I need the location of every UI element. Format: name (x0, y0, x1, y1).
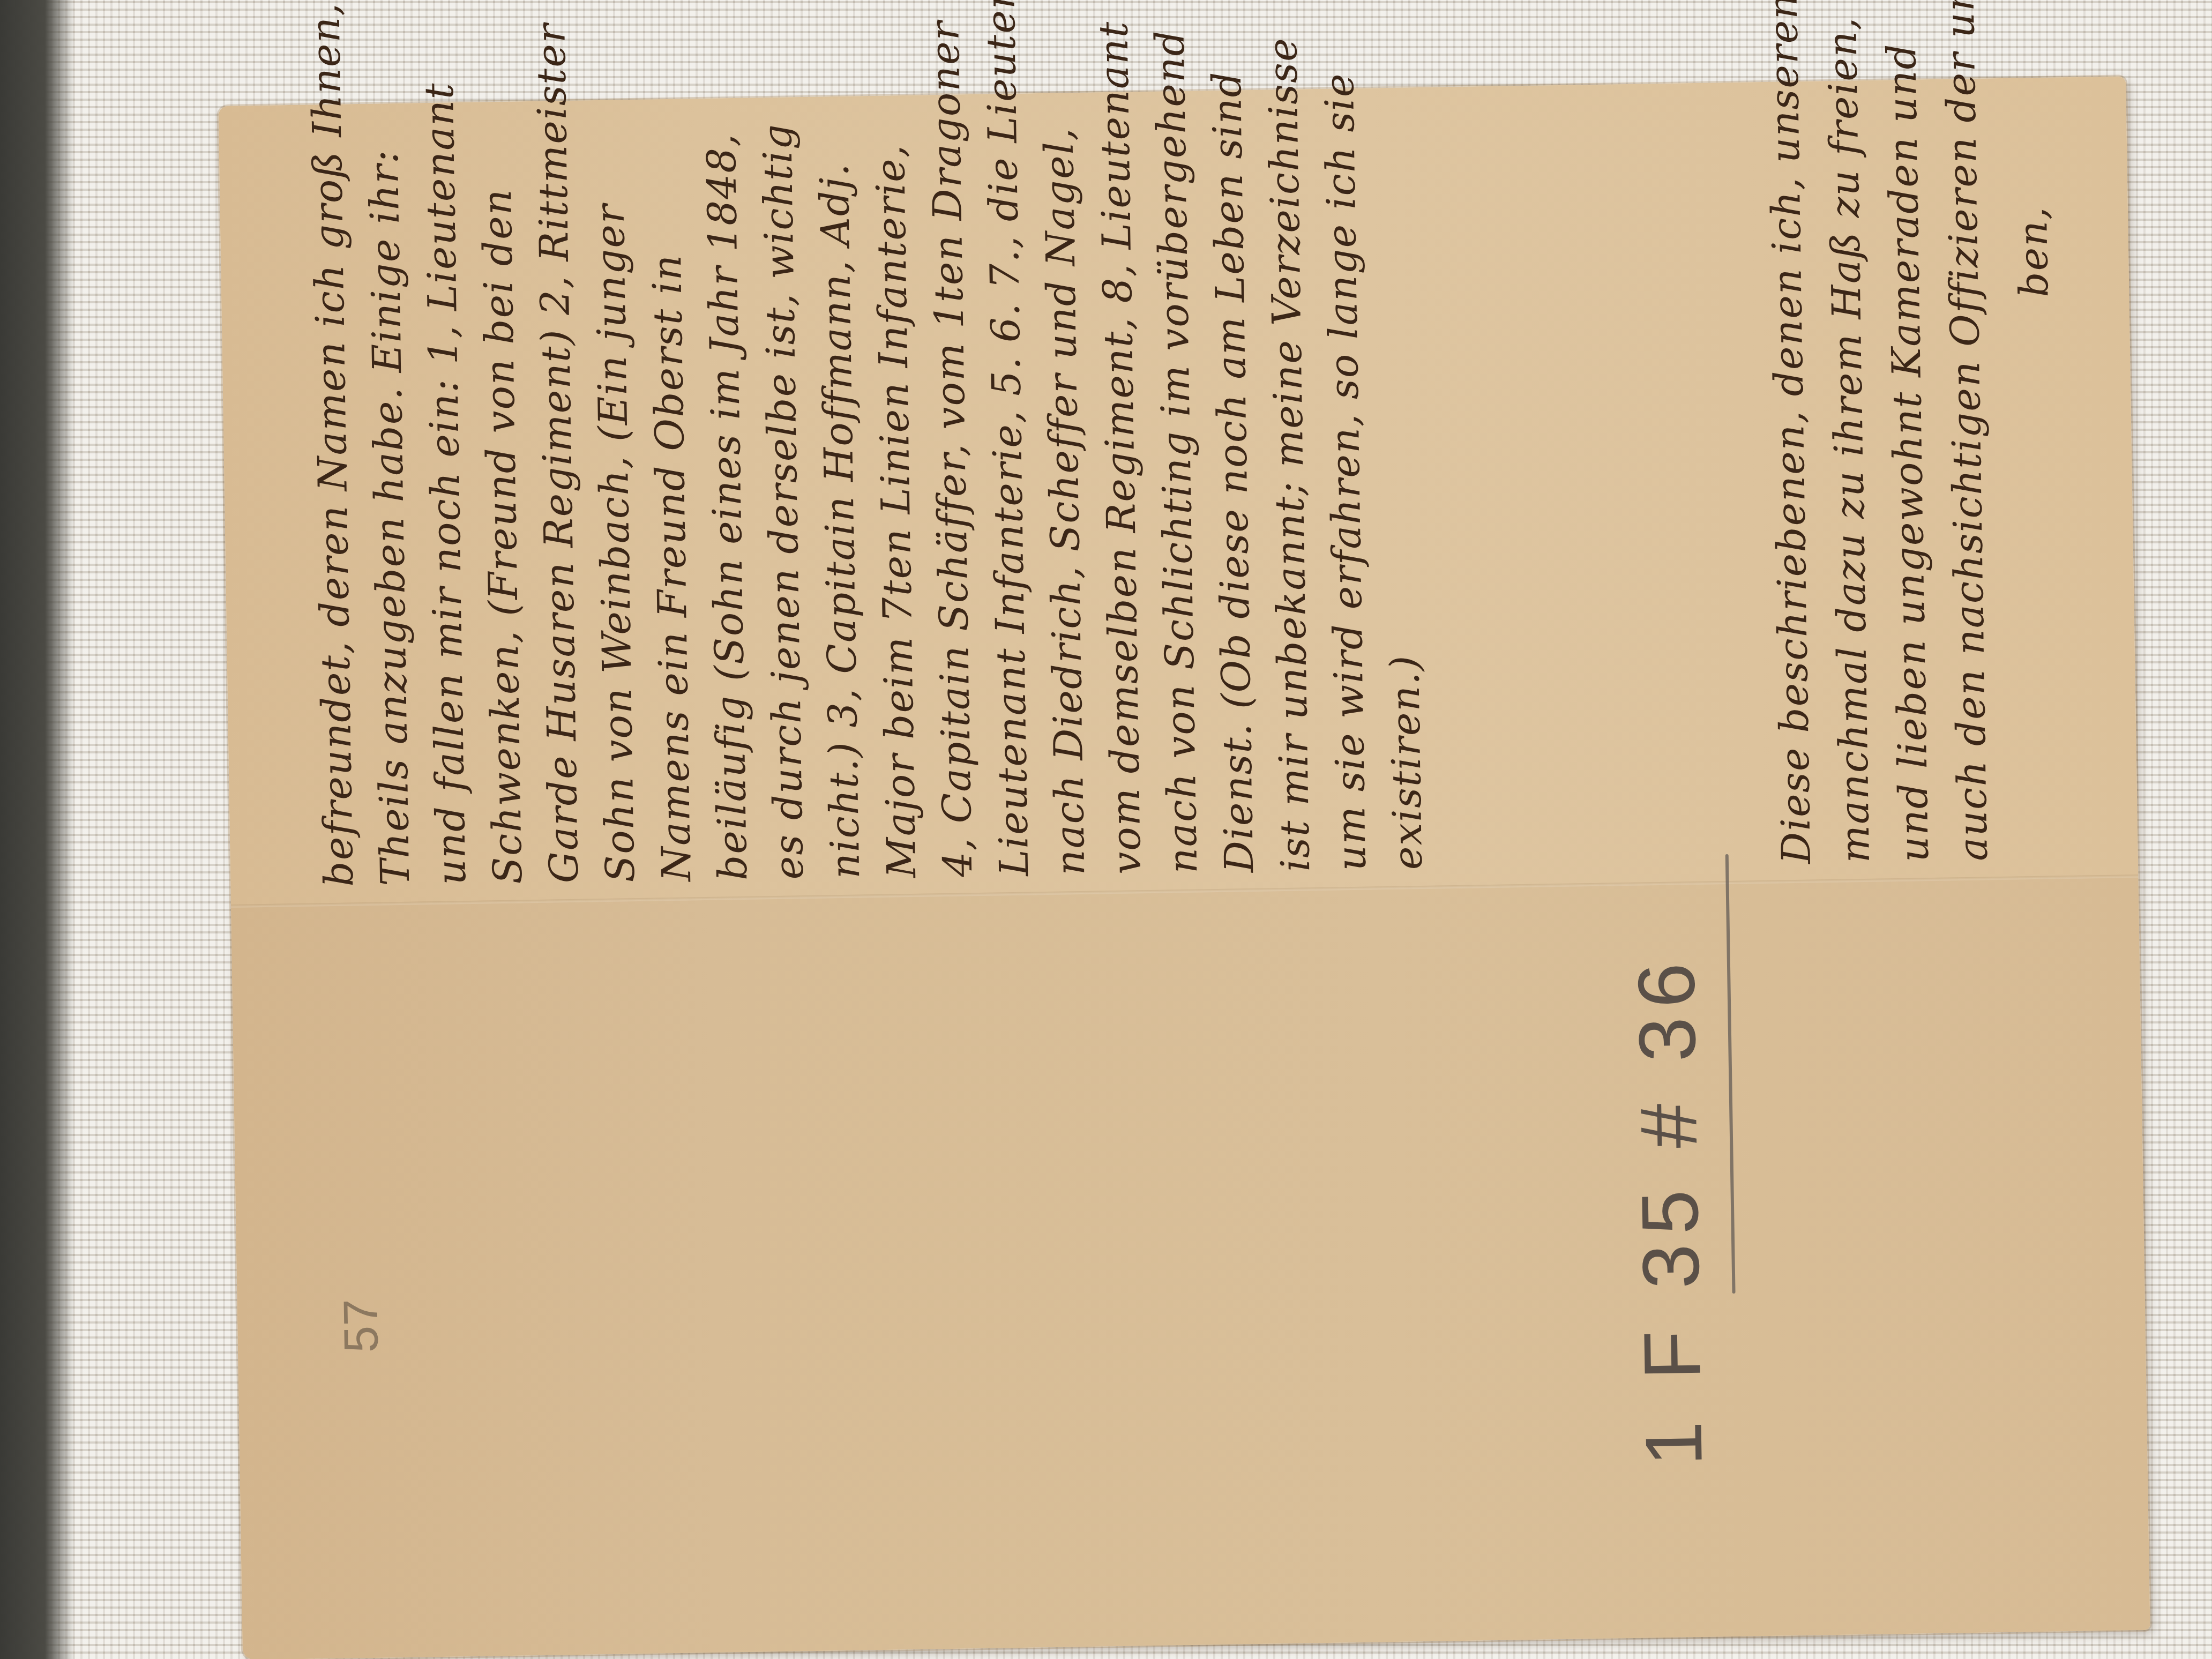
text-line: Lieutenant Infanterie, 5. 6. 7., die Lie… (976, 0, 1037, 877)
text-line: es durch jenen derselbe ist, wichtig (754, 123, 812, 880)
page-number: 57 (333, 1298, 390, 1353)
dark-table-edge (0, 0, 75, 1659)
text-line: ist mir unbekannt; meine Verzeichnisse (1260, 37, 1319, 872)
text-line: vom demselben Regiment, 8, Lieutenant (1090, 20, 1150, 875)
lower-page-half (231, 877, 2150, 1659)
text-line: nach Diedrich, Scheffer und Nagel, (1036, 127, 1094, 876)
text-line: Dienst. (Ob diese noch am Leben sind (1204, 71, 1262, 873)
text-line: nach von Schlichting im vorübergehend (1147, 29, 1206, 873)
text-line: Major beim 7ten Linien Infanterie, (868, 144, 925, 878)
text-line: Sohn von Weinbach, (Ein junger (587, 203, 644, 883)
text-line: nicht.) 3, Capitain Hoffmann, Adj. (811, 162, 869, 879)
text-line: und fallen mir noch ein: 1, Lieutenant (416, 82, 475, 885)
text-line: beiläufig (Sohn eines im Jahr 1848, (698, 133, 756, 881)
text-line: Theils anzugeben habe. Einige ihr: (361, 149, 419, 886)
text-line: manchmal dazu zu ihrem Haß zu freien, (1819, 16, 1879, 863)
text-line: Namens ein Freund Oberst in (644, 253, 700, 881)
text-line: Schwenken, (Freund von bei den (474, 188, 531, 884)
text-line: auch den nachsichtigen Offizieren der un… (1937, 0, 1997, 862)
text-line: um sie wird erfahren, so lange ich sie (1317, 72, 1375, 871)
handwritten-text-block: befreundet, deren Namen ich groß Ihnen, … (305, 120, 2085, 898)
document-page: befreundet, deren Namen ich groß Ihnen, … (218, 76, 2150, 1659)
text-line: befreundet, deren Namen ich groß Ihnen, (302, 2, 362, 887)
text-line: und lieben ungewohnt Kameraden und (1879, 43, 1938, 863)
archive-signature: 1 F 35 # 36 (1620, 953, 1721, 1467)
text-line: Garde Husaren Regiment) 2, Rittmeister (528, 23, 587, 884)
text-line: 4, Capitain Schäffer, vom 1ten Dragoner (922, 20, 981, 877)
text-line: Diese beschriebenen, denen ich, unseren … (1758, 0, 1820, 864)
text-line: existiren.) (1382, 654, 1431, 870)
text-line: ben, (2010, 206, 2058, 298)
